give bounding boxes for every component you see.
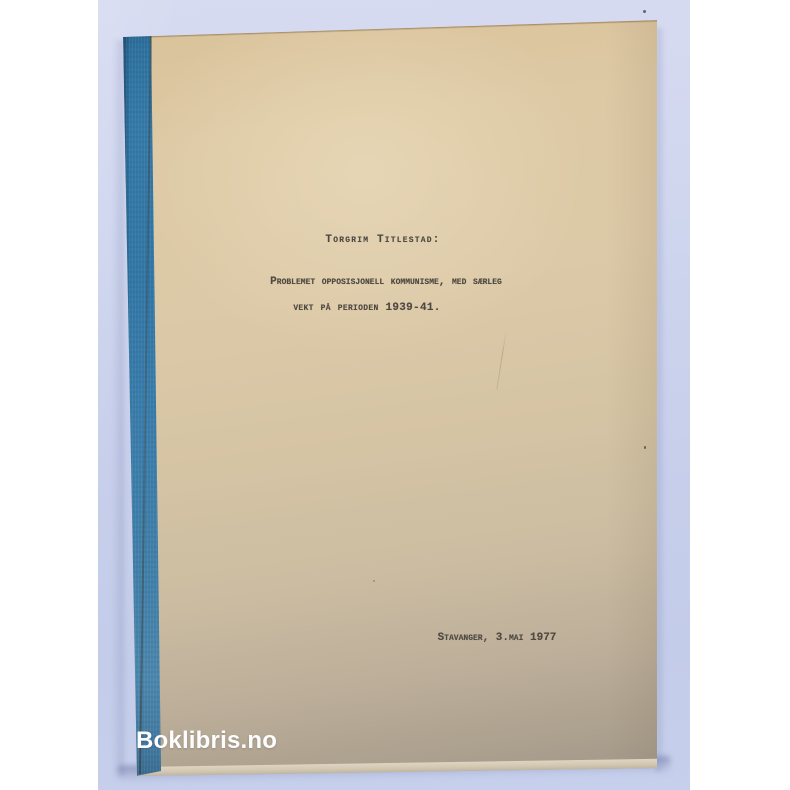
book-cover [123,20,659,778]
cover-author-line: Torgrim Titlestad: [325,235,440,246]
watermark-text: Boklibris.no [136,727,277,755]
book-shadow-right [656,28,665,772]
book-shadow-left [112,40,124,776]
backdrop-speck [643,10,646,13]
cover-imprint-line: Stavanger, 3.mai 1977 [438,633,557,644]
cover-title-line-2: vekt på perioden 1939-41. [293,303,440,314]
product-photo: Torgrim Titlestad: Problemet opposisjone… [0,0,790,790]
cover-title-line-1: Problemet opposisjonell kommunisme, med … [270,277,502,288]
cover-speck [644,446,646,449]
cover-speck [373,580,375,582]
book [123,20,659,778]
